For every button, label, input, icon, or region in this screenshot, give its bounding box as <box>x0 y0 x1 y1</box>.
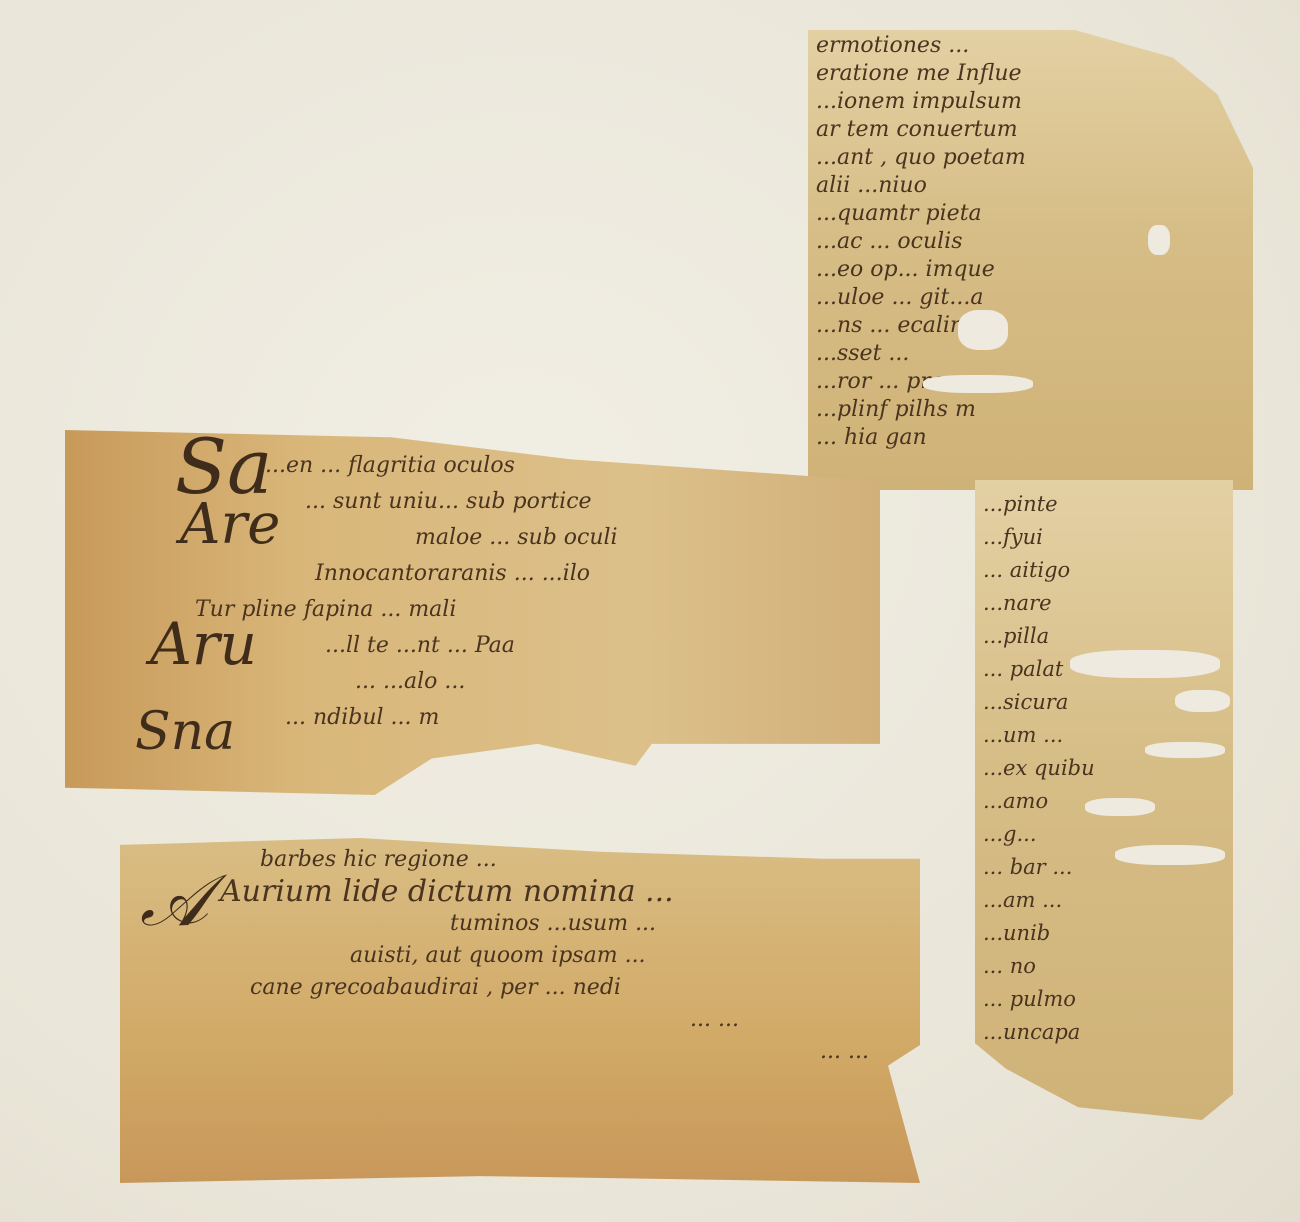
fragment-right-middle: ...pinte ...fyui ... aitigo ...nare ...p… <box>975 480 1233 1120</box>
text-line: ...ac ... oculis <box>816 228 1026 256</box>
text-line: ...unib <box>983 917 1095 950</box>
fragment-left-middle: Sa Are Aru Sna ...en ... flagritia oculo… <box>65 430 880 795</box>
text-line: tuminos ...usum ... <box>260 908 869 940</box>
text-line: ... sunt uniu... sub portice <box>265 484 618 520</box>
worm-hole <box>1148 225 1170 255</box>
text-line: ...amo <box>983 785 1095 818</box>
text-line: ... no <box>983 950 1095 983</box>
text-line: eratione me Influe <box>816 60 1026 88</box>
text-line: ...quamtr pieta <box>816 200 1026 228</box>
text-line: ...ll te ...nt ... Paa <box>265 628 618 664</box>
text-line: Aurium lide dictum nomina ... <box>220 876 869 908</box>
fragment-right-middle-text: ...pinte ...fyui ... aitigo ...nare ...p… <box>983 488 1095 1049</box>
text-line: ...fyui <box>983 521 1095 554</box>
text-line: ...pilla <box>983 620 1095 653</box>
text-line: ...ant , quo poetam <box>816 144 1026 172</box>
text-line: ... bar ... <box>983 851 1095 884</box>
text-line: ... ... <box>260 1036 869 1068</box>
text-line: ... ...alo ... <box>265 664 618 700</box>
text-line: ...am ... <box>983 884 1095 917</box>
text-line: ... aitigo <box>983 554 1095 587</box>
decorated-initial: Sna <box>135 702 235 762</box>
text-line: ...g... <box>983 818 1095 851</box>
text-line: ... pulmo <box>983 983 1095 1016</box>
text-line: ...eo op... imque <box>816 256 1026 284</box>
text-line: cane grecoabaudirai , per ... nedi <box>250 972 869 1004</box>
text-line: ... ... <box>260 1004 869 1036</box>
text-line: auisti, aut quoom ipsam ... <box>260 940 869 972</box>
decorated-initial: 𝒜 <box>140 858 208 944</box>
text-line: ...ionem impulsum <box>816 88 1026 116</box>
worm-hole <box>1070 650 1220 678</box>
text-line: ar tem conuertum <box>816 116 1026 144</box>
fragment-bottom-left-text: barbes hic regione ... Aurium lide dictu… <box>260 844 869 1068</box>
fragment-right-top: ermotiones ... eratione me Influe ...ion… <box>808 30 1253 490</box>
text-line: ...sicura <box>983 686 1095 719</box>
text-line: Tur pline fapina ... mali <box>195 592 618 628</box>
text-line: ermotiones ... <box>816 32 1026 60</box>
text-line: ...nare <box>983 587 1095 620</box>
text-line: maloe ... sub oculi <box>265 520 618 556</box>
worm-hole <box>1175 690 1230 712</box>
worm-hole <box>1115 845 1225 865</box>
worm-hole <box>923 375 1033 393</box>
text-line: ... hia gan <box>816 424 1026 452</box>
fragment-left-middle-text: ...en ... flagritia oculos ... sunt uniu… <box>265 448 618 736</box>
worm-hole <box>958 310 1008 350</box>
text-line: ...ex quibu <box>983 752 1095 785</box>
text-line: ...um ... <box>983 719 1095 752</box>
worm-hole <box>1085 798 1155 816</box>
text-line: ...pinte <box>983 488 1095 521</box>
text-line: Innocantoraranis ... ...ilo <box>265 556 618 592</box>
text-line: ... ndibul ... m <box>265 700 618 736</box>
text-line: ...uloe ... git...a <box>816 284 1026 312</box>
text-line: ...plinf pilhs m <box>816 396 1026 424</box>
text-line: ...uncapa <box>983 1016 1095 1049</box>
text-line: alii ...niuo <box>816 172 1026 200</box>
fragment-bottom-left: 𝒜 barbes hic regione ... Aurium lide dic… <box>120 838 920 1183</box>
worm-hole <box>1145 742 1225 758</box>
